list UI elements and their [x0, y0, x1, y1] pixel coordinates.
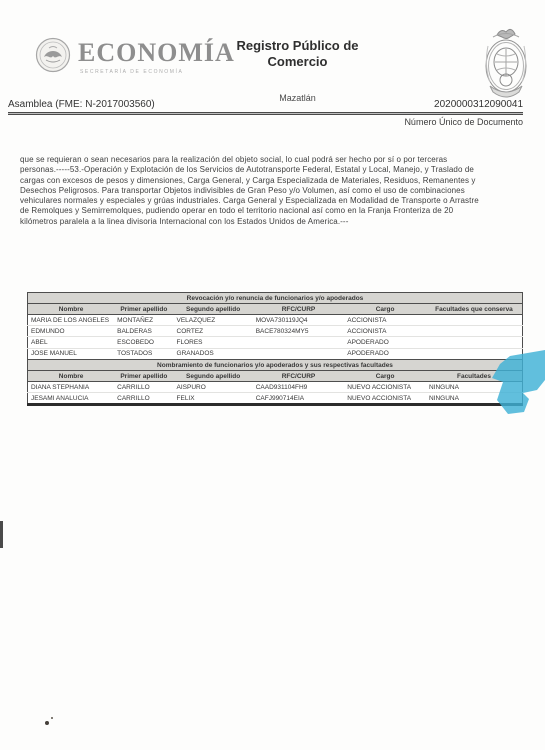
table-row: DIANA STEPHANIACARRILLOAISPUROCAAD931104…	[28, 382, 523, 393]
table-cell: VELAZQUEZ	[174, 315, 253, 326]
appointment-table: Nombramiento de funcionarios y/o apodera…	[27, 359, 523, 406]
table-cell: BALDERAS	[114, 326, 173, 337]
table-cell: APODERADO	[344, 348, 426, 359]
table-row: EDMUNDOBALDERASCORTEZBACE780324MY5ACCION…	[28, 326, 523, 337]
table-cell: MONTAÑEZ	[114, 315, 173, 326]
highlighter-arrow-annotation	[483, 340, 545, 427]
table-cell	[426, 315, 523, 326]
table-cell: EDMUNDO	[28, 326, 115, 337]
table-row: MARIA DE LOS ANGELESMONTAÑEZVELAZQUEZMOV…	[28, 315, 523, 326]
table-cell: ESCOBEDO	[114, 337, 173, 348]
table-cell: TOSTADOS	[114, 348, 173, 359]
header-divider	[8, 112, 523, 115]
document-page: ECONOMÍA SECRETARÍA DE ECONOMÍA Registro…	[0, 0, 545, 750]
table-cell: GRANADOS	[174, 348, 253, 359]
registry-seal-icon	[477, 24, 535, 103]
title-block: Registro Público de Comercio Mazatlán	[185, 38, 410, 103]
table-cell: CARRILLO	[114, 393, 173, 405]
column-header: Cargo	[344, 371, 426, 382]
mexico-eagle-emblem-icon	[34, 36, 72, 79]
table-cell: DIANA STEPHANIA	[28, 382, 115, 393]
table-cell: ACCIONISTA	[344, 315, 426, 326]
table-cell: CAFJ990714EIA	[253, 393, 345, 405]
table-cell: NUEVO ACCIONISTA	[344, 393, 426, 405]
table-row: JESAMI ANALUCIACARRILLOFELIXCAFJ990714EI…	[28, 393, 523, 405]
table-cell: FLORES	[174, 337, 253, 348]
table-cell: JESAMI ANALUCIA	[28, 393, 115, 405]
document-number: 2020000312090041	[434, 99, 523, 110]
ink-speck	[51, 717, 53, 719]
corporate-purpose-paragraph: que se requieran o sean necesarios para …	[20, 155, 528, 227]
table-title: Revocación y/o renuncia de funcionarios …	[28, 293, 523, 304]
column-header: Facultades que conserva	[426, 304, 523, 315]
column-header: RFC/CURP	[253, 371, 345, 382]
table-cell: ABEL	[28, 337, 115, 348]
column-header: Nombre	[28, 304, 115, 315]
table-cell: CAAD931104FH9	[253, 382, 345, 393]
column-header: Segundo apellido	[174, 371, 253, 382]
table-cell: ACCIONISTA	[344, 326, 426, 337]
table-cell: CORTEZ	[174, 326, 253, 337]
table-cell: AISPURO	[174, 382, 253, 393]
document-type-label: Asamblea (FME: N-2017003560)	[8, 99, 155, 110]
table-header-row: NombrePrimer apellidoSegundo apellidoRFC…	[28, 371, 523, 382]
column-header: Nombre	[28, 371, 115, 382]
table-row: ABELESCOBEDOFLORESAPODERADO	[28, 337, 523, 348]
column-header: Primer apellido	[114, 371, 173, 382]
document-number-label: Número Único de Documento	[8, 117, 523, 127]
column-header: Segundo apellido	[174, 304, 253, 315]
table-cell	[426, 326, 523, 337]
revocation-table: Revocación y/o renuncia de funcionarios …	[27, 292, 523, 360]
table-cell: BACE780324MY5	[253, 326, 345, 337]
scan-edge-artifact	[0, 521, 3, 548]
table-header-row: NombrePrimer apellidoSegundo apellidoRFC…	[28, 304, 523, 315]
table-cell	[253, 337, 345, 348]
table-cell: FELIX	[174, 393, 253, 405]
column-header: RFC/CURP	[253, 304, 345, 315]
table-title: Nombramiento de funcionarios y/o apodera…	[28, 360, 523, 371]
table-cell: NUEVO ACCIONISTA	[344, 382, 426, 393]
table-cell: APODERADO	[344, 337, 426, 348]
table-cell: CARRILLO	[114, 382, 173, 393]
column-header: Primer apellido	[114, 304, 173, 315]
page-title: Registro Público de Comercio	[185, 38, 410, 71]
document-id-line: Asamblea (FME: N-2017003560) 20200003120…	[8, 99, 523, 110]
column-header: Cargo	[344, 304, 426, 315]
table-cell: JOSE MANUEL	[28, 348, 115, 359]
table-cell	[253, 348, 345, 359]
table-cell: MARIA DE LOS ANGELES	[28, 315, 115, 326]
table-cell: MOVA730119JQ4	[253, 315, 345, 326]
table-row: JOSE MANUELTOSTADOSGRANADOSAPODERADO	[28, 348, 523, 359]
ink-speck	[45, 721, 49, 725]
